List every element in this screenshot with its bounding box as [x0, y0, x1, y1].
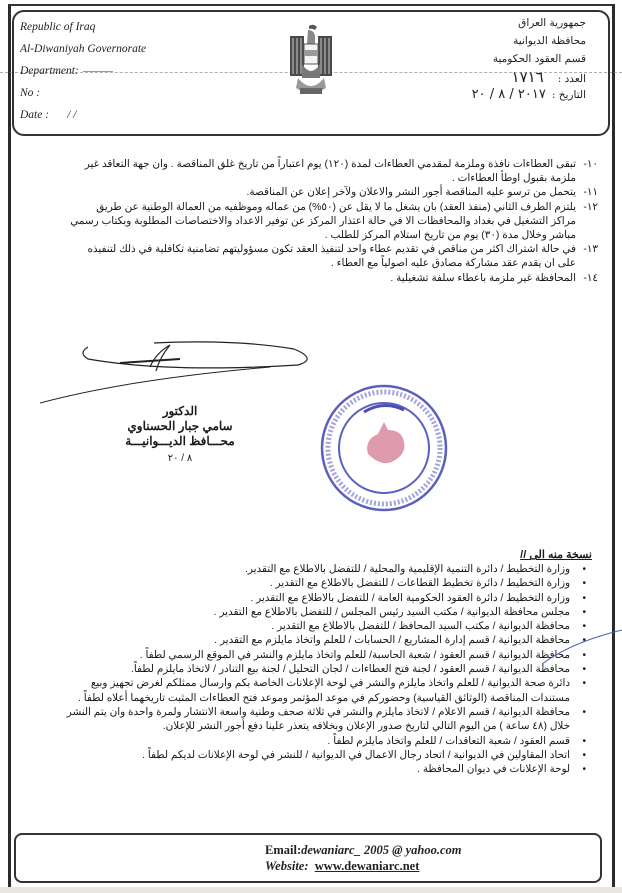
number-label-en: No :	[20, 82, 146, 104]
department-label-en: Department:	[20, 60, 146, 82]
signatory-position: محـــافظ الديـــوانيـــة	[100, 434, 260, 449]
pen-check-mark-icon	[540, 628, 622, 668]
list-item: لوحة الإعلانات في ديوان المحافظة .	[60, 763, 592, 777]
governorate-en: Al-Diwaniyah Governorate	[20, 38, 146, 60]
clause-13: ١٣-في حالة اشتراك اكثر من مناقص في تقديم…	[70, 243, 598, 271]
list-item: قسم العقود / شعبة التعاقدات / للعلم واتخ…	[60, 735, 592, 749]
website-link[interactable]: www.dewaniarc.net	[315, 859, 420, 873]
list-item: وزارة التخطيط / دائرة العقود الحكومية ال…	[60, 592, 592, 606]
handwritten-signature-icon	[40, 325, 310, 405]
list-item: محافظة الديوانية / قسم الاعلام / لاتخاذ …	[60, 706, 592, 735]
number-line-ar: العدد :١٧١٦	[472, 68, 586, 86]
list-item: محافظة الديوانية / مكتب السيد المحافظ / …	[60, 620, 592, 634]
terms-clauses: ١٠-تبقى العطاءات نافذة وملزمة لمقدمي الع…	[70, 158, 598, 286]
iraq-eagle-emblem-icon	[288, 22, 334, 102]
clause-14: ١٤-المحافظة غير ملزمة باعطاء سلفة تشغيلي…	[70, 272, 598, 286]
email-address[interactable]: dewaniarc_ 2005 @ yahoo.com	[301, 843, 461, 857]
signature-date: ٨ / ٢٠	[100, 451, 260, 466]
official-stamp-icon	[318, 382, 450, 514]
country-ar: جمهورية العراق	[472, 14, 586, 32]
document-date: ٢٠١٧ / ٨ / ٢٠	[472, 87, 546, 102]
email-line: Email:dewaniarc_ 2005 @ yahoo.com	[265, 842, 462, 858]
list-item: وزارة التخطيط / دائرة التنمية الإقليمية …	[60, 563, 592, 577]
clause-12: ١٢-يلتزم الطرف الثاني (منفذ العقد) بان ي…	[70, 201, 598, 244]
letterhead-english: Republic of Iraq Al-Diwaniyah Governorat…	[20, 16, 146, 126]
copies-distribution-list: وزارة التخطيط / دائرة التنمية الإقليمية …	[60, 563, 592, 777]
clause-11: ١١-يتحمل من ترسو عليه المناقصة أجور النش…	[70, 186, 598, 200]
copies-heading: نسخة منه الى //	[520, 548, 592, 561]
letterhead-arabic: جمهورية العراق محافظة الديوانية قسم العق…	[472, 14, 586, 104]
list-item: مجلس محافظة الديوانية / مكتب السيد رئيس …	[60, 606, 592, 620]
country-en: Republic of Iraq	[20, 16, 146, 38]
clause-10: ١٠-تبقى العطاءات نافذة وملزمة لمقدمي الع…	[70, 158, 598, 186]
signatory-block: الدكتور سامي جبار الحسناوي محـــافظ الدي…	[100, 404, 260, 466]
list-item: محافظة الديوانية / قسم العقود / لجنة فتح…	[60, 663, 592, 677]
scan-bottom-edge	[0, 887, 622, 893]
department-ar: قسم العقود الحكومية	[472, 50, 586, 68]
signatory-title: الدكتور	[100, 404, 260, 419]
date-line-ar: التاريخ :٢٠١٧ / ٨ / ٢٠	[472, 86, 586, 104]
list-item: محافظة الديوانية / قسم إدارة المشاريع / …	[60, 634, 592, 648]
footer-contact: Email:dewaniarc_ 2005 @ yahoo.com Websit…	[265, 842, 462, 874]
department-blank	[83, 71, 113, 72]
list-item: اتحاد المقاولين في الديوانية / اتحاد رجا…	[60, 749, 592, 763]
list-item: وزارة التخطيط / دائرة تخطيط القطاعات / ل…	[60, 577, 592, 591]
date-label-en: Date :/ /	[20, 104, 146, 126]
date-blank-en: / /	[67, 109, 76, 121]
signatory-name: سامي جبار الحسناوي	[100, 419, 260, 434]
document-number: ١٧١٦	[512, 68, 544, 86]
governorate-ar: محافظة الديوانية	[472, 32, 586, 50]
list-item: دائرة صحة الديوانية / للعلم واتخاذ مايلز…	[60, 677, 592, 706]
website-line: Website: www.dewaniarc.net	[265, 858, 462, 874]
list-item: محافظة الديوانية / قسم العقود / شعبة الح…	[60, 649, 592, 663]
